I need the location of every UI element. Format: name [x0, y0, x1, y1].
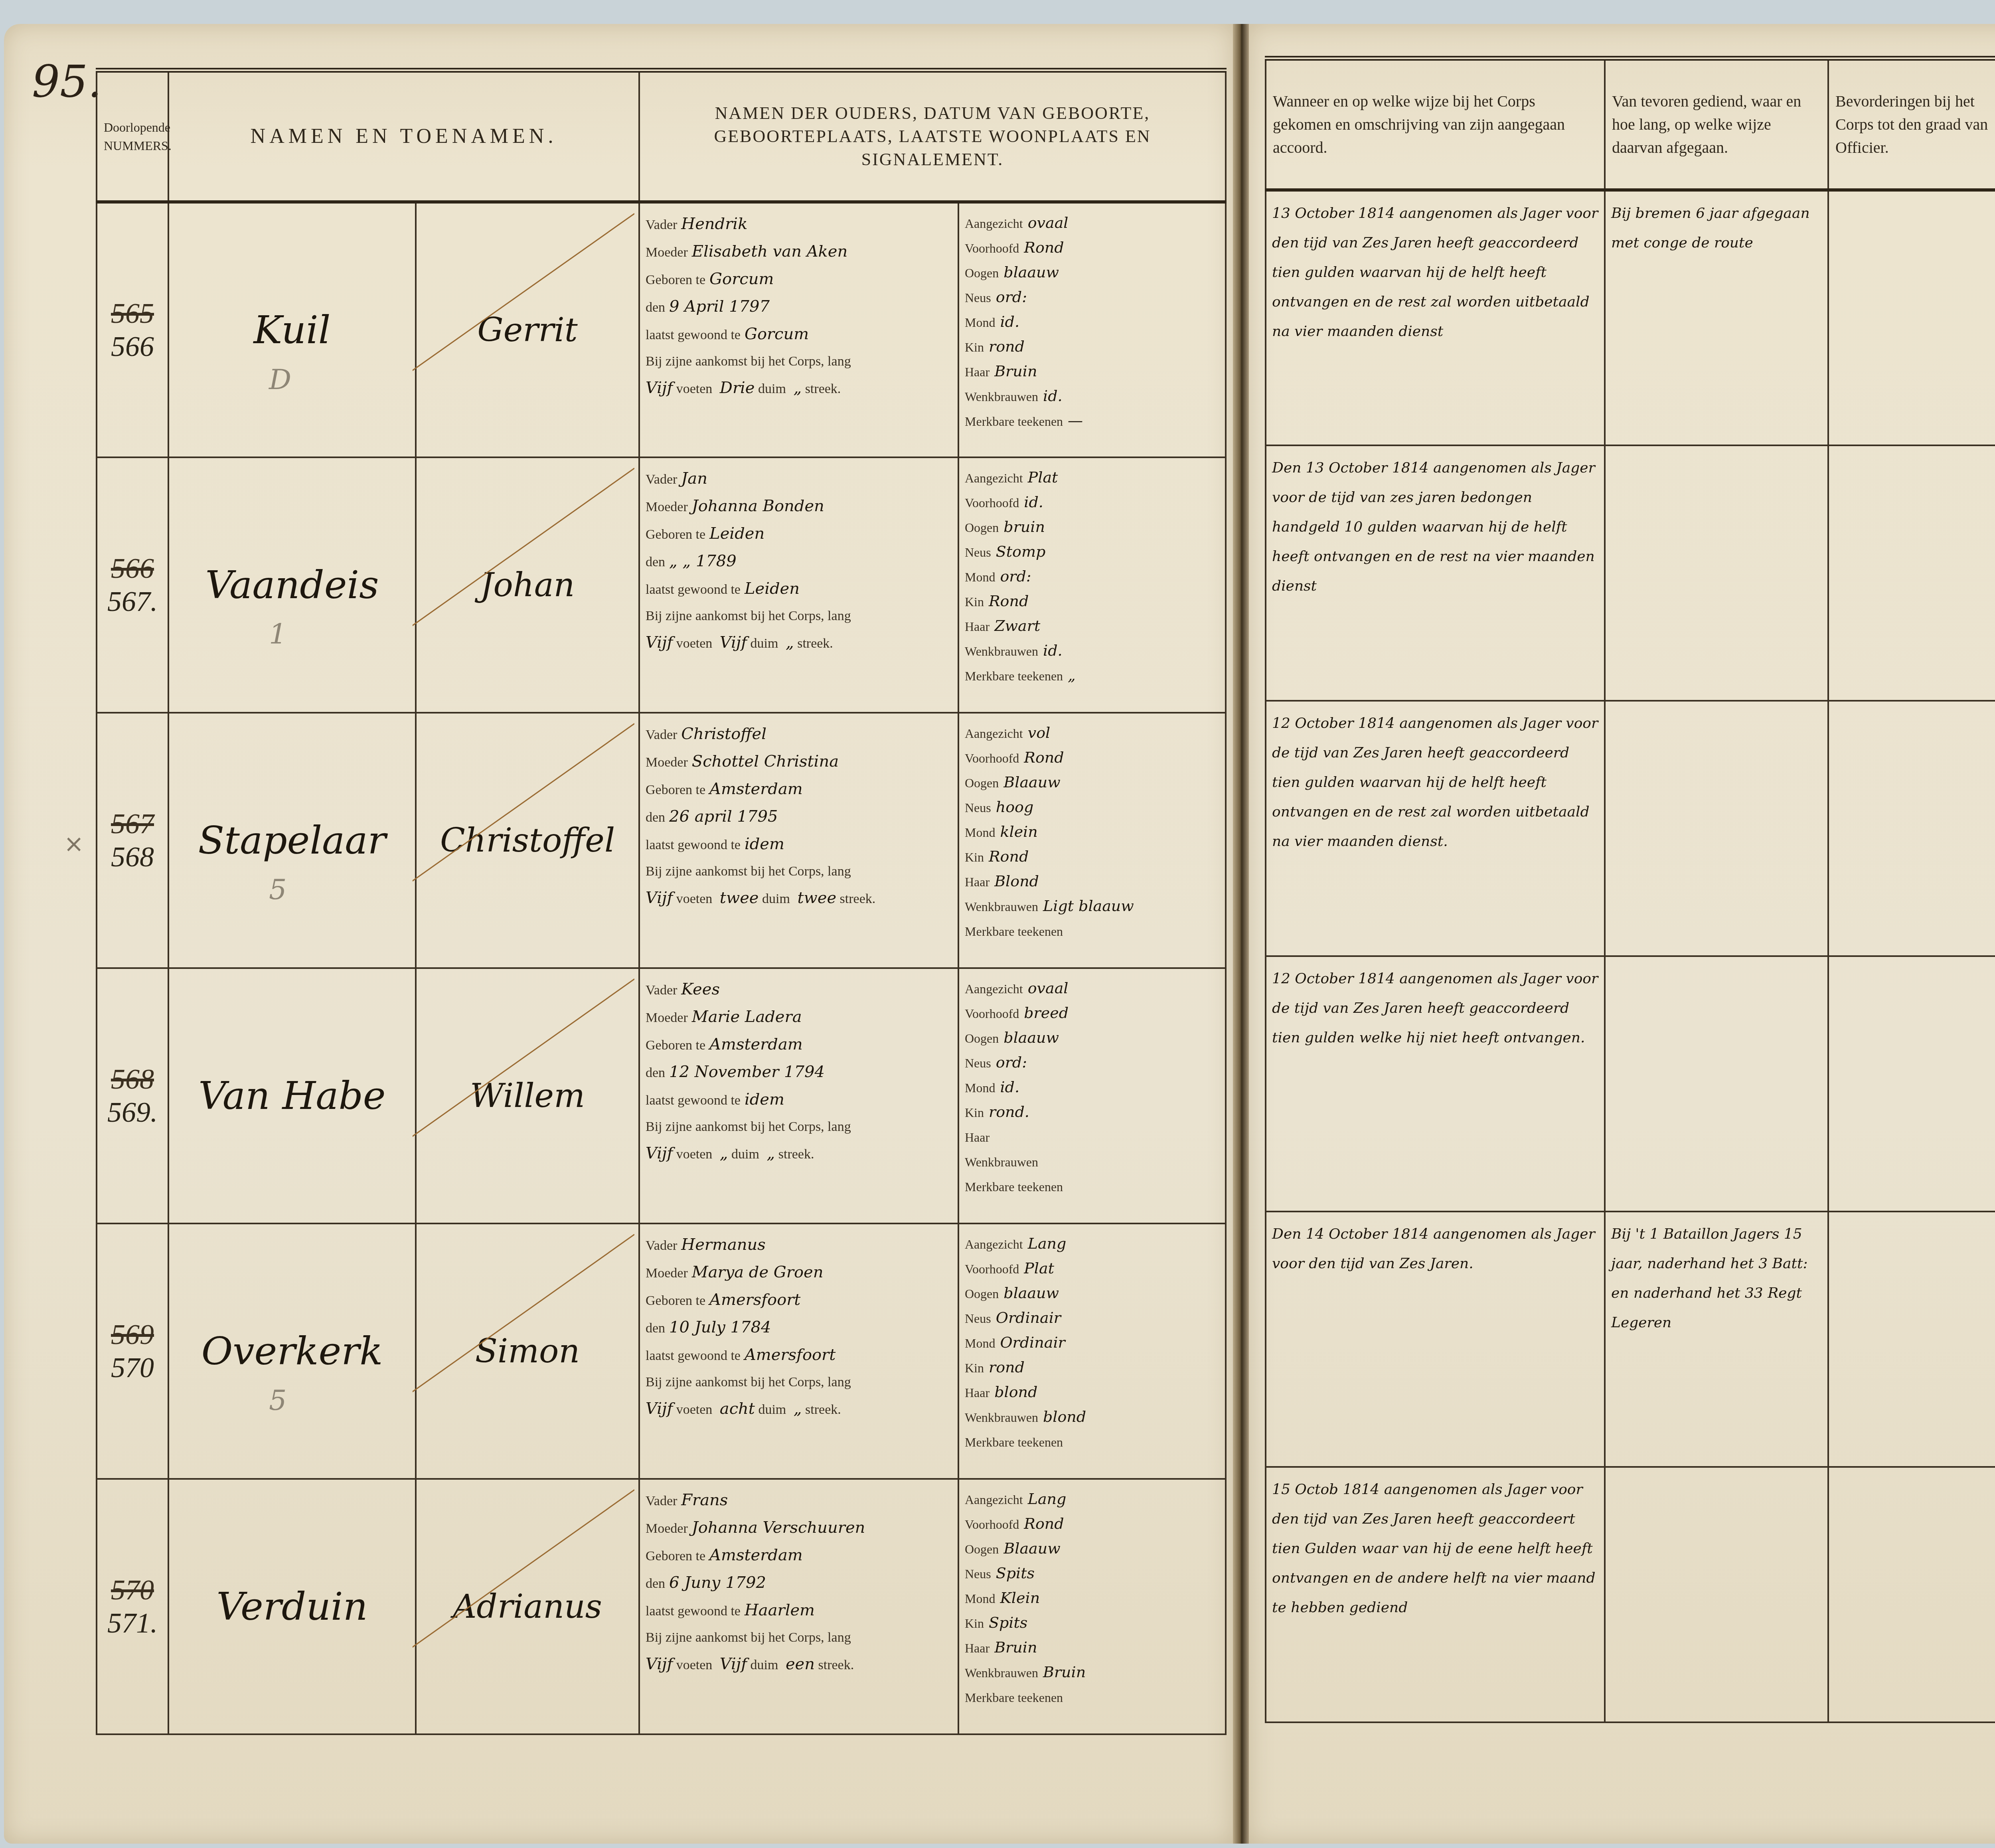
- last-residence: Haarlem: [745, 1601, 815, 1619]
- label-neus: Neus: [965, 291, 991, 305]
- birthplace: Amersfoort: [709, 1291, 800, 1309]
- eyes: Blaauw: [1003, 773, 1060, 791]
- height-feet: Vijf: [646, 379, 673, 397]
- register-row-continuation: 13 October 1814 aangenomen als Jager voo…: [1266, 190, 1995, 445]
- last-residence: Gorcum: [745, 325, 809, 343]
- label-merkbare: Merkbare teekenen: [965, 669, 1063, 683]
- left-page: 95. × Doorlopende NUMMERS. NAMEN EN TOEN…: [4, 24, 1233, 1844]
- eyebrows: Ligt blaauw: [1043, 897, 1134, 915]
- birth-date: 26 april 1795: [669, 807, 778, 826]
- nose: Spits: [996, 1564, 1035, 1582]
- height-lines: „: [794, 1399, 802, 1418]
- open-register-book: 95. × Doorlopende NUMMERS. NAMEN EN TOEN…: [4, 24, 1995, 1844]
- label-merkbare: Merkbare teekenen: [965, 1690, 1063, 1705]
- register-row-continuation: Den 13 October 1814 aangenomen als Jager…: [1266, 445, 1995, 701]
- label-streek: streek.: [778, 1147, 814, 1162]
- page-number: 95.: [32, 56, 102, 107]
- description-cell: AangezichtLang VoorhoofdRond OogenBlaauw…: [958, 1479, 1226, 1734]
- surname-cell: Van Habe: [168, 968, 416, 1223]
- forehead: Rond: [1024, 749, 1064, 766]
- label-oogen: Oogen: [965, 1542, 999, 1556]
- label-den: den: [646, 300, 665, 315]
- height-inches: „: [720, 1144, 728, 1162]
- eyes: blaauw: [1003, 1284, 1059, 1302]
- label-voorhoofd: Voorhoofd: [965, 1517, 1019, 1532]
- surname-cell: Kuil D: [168, 202, 416, 457]
- hair: Bruin: [994, 362, 1037, 380]
- label-aangezicht: Aangezicht: [965, 982, 1023, 996]
- birthplace: Amsterdam: [709, 780, 803, 798]
- height-inches: Drie: [720, 379, 755, 397]
- forehead: breed: [1024, 1004, 1069, 1022]
- chin: Rond: [989, 848, 1029, 865]
- parents-birth-cell: VaderFrans MoederJohanna Verschuuren Geb…: [639, 1479, 958, 1734]
- promotions-entry: [1828, 190, 1995, 445]
- label-duim: duim: [758, 381, 786, 396]
- label-streek: streek.: [818, 1658, 854, 1672]
- joined-entry: 13 October 1814 aangenomen als Jager voo…: [1266, 190, 1605, 445]
- label-aangezicht: Aangezicht: [965, 726, 1023, 741]
- birth-date: 12 November 1794: [669, 1063, 825, 1081]
- record-number-cell: 569 570: [97, 1223, 168, 1479]
- previous-service-entry: Bij 't 1 Bataillon Jagers 15 jaar, nader…: [1605, 1212, 1828, 1467]
- hair: blond: [994, 1383, 1037, 1401]
- birthplace: Amsterdam: [709, 1546, 803, 1564]
- register-row-continuation: 12 October 1814 aangenomen als Jager voo…: [1266, 956, 1995, 1212]
- record-number-cell: 567 568: [97, 713, 168, 968]
- label-geboren: Geboren te: [646, 1038, 705, 1053]
- label-wenkbrauwen: Wenkbrauwen: [965, 1410, 1038, 1425]
- header-number: Doorlopende NUMMERS.: [97, 70, 168, 202]
- father-name: Jan: [681, 469, 707, 488]
- record-number: 571.: [103, 1607, 162, 1640]
- register-row: 565 566 Kuil D Gerrit VaderHendrik Moede…: [97, 202, 1226, 457]
- label-geboren: Geboren te: [646, 527, 705, 542]
- first-name: Adrianus: [453, 1588, 602, 1626]
- register-row: 570 571. Verduin Adrianus VaderFrans Moe…: [97, 1479, 1226, 1734]
- mother-name: Marie Ladera: [692, 1008, 802, 1026]
- label-oogen: Oogen: [965, 776, 999, 790]
- mother-name: Marya de Groen: [692, 1263, 824, 1281]
- label-laatst: laatst gewoond te: [646, 1348, 741, 1363]
- first-name-cell: Gerrit: [416, 202, 639, 457]
- label-streek: streek.: [805, 381, 841, 396]
- label-vader: Vader: [646, 983, 677, 998]
- promotions-entry: [1828, 1467, 1995, 1722]
- pencil-note: 5: [269, 873, 287, 906]
- eyes: blaauw: [1003, 1029, 1059, 1046]
- parents-birth-cell: VaderHendrik MoederElisabeth van Aken Ge…: [639, 202, 958, 457]
- pencil-note: 1: [269, 618, 287, 650]
- label-wenkbrauwen: Wenkbrauwen: [965, 899, 1038, 914]
- label-voorhoofd: Voorhoofd: [965, 1262, 1019, 1276]
- birthplace: Leiden: [709, 524, 764, 543]
- left-header-row: Doorlopende NUMMERS. NAMEN EN TOENAMEN. …: [97, 70, 1226, 202]
- label-vader: Vader: [646, 1494, 677, 1508]
- label-merkbare: Merkbare teekenen: [965, 924, 1063, 939]
- father-name: Hendrik: [681, 215, 747, 233]
- label-voeten: voeten: [676, 381, 713, 396]
- height-feet: Vijf: [646, 633, 673, 652]
- forehead: Rond: [1024, 1515, 1064, 1532]
- label-den: den: [646, 555, 665, 569]
- height-lines: „: [793, 379, 802, 397]
- chin: rond: [989, 1358, 1025, 1376]
- label-moeder: Moeder: [646, 1266, 688, 1281]
- label-geboren: Geboren te: [646, 1293, 705, 1308]
- chin: rond.: [989, 1103, 1029, 1121]
- hair: Bruin: [994, 1638, 1037, 1656]
- eyes: bruin: [1003, 518, 1045, 536]
- last-residence: Leiden: [745, 579, 800, 598]
- label-laatst: laatst gewoond te: [646, 1093, 741, 1108]
- label-voeten: voeten: [676, 1402, 713, 1417]
- label-den: den: [646, 1576, 665, 1591]
- old-record-number: 570: [103, 1573, 162, 1607]
- old-record-number: 569: [103, 1318, 162, 1351]
- mouth: klein: [1000, 823, 1037, 840]
- hair: Blond: [994, 872, 1039, 890]
- old-record-number: 567: [103, 807, 162, 840]
- label-geboren: Geboren te: [646, 1549, 705, 1563]
- old-record-number: 565: [103, 297, 162, 330]
- mouth: id.: [1000, 1078, 1019, 1096]
- label-wenkbrauwen: Wenkbrauwen: [965, 1666, 1038, 1680]
- first-name: Gerrit: [477, 311, 578, 349]
- mother-name: Elisabeth van Aken: [692, 242, 847, 261]
- book-gutter: [1233, 24, 1249, 1844]
- label-den: den: [646, 1065, 665, 1080]
- mouth: Ordinair: [1000, 1334, 1065, 1351]
- parents-birth-cell: VaderHermanus MoederMarya de Groen Gebor…: [639, 1223, 958, 1479]
- label-neus: Neus: [965, 1056, 991, 1070]
- parents-birth-cell: VaderJan MoederJohanna Bonden Geboren te…: [639, 457, 958, 713]
- surname: Stapelaar: [198, 818, 386, 863]
- height-feet: Vijf: [646, 1655, 673, 1673]
- eyebrows: id.: [1043, 642, 1063, 659]
- face: Plat: [1028, 468, 1058, 486]
- header-promotions: Bevorderingen bij het Corps tot den graa…: [1828, 58, 1995, 190]
- label-duim: duim: [758, 1402, 786, 1417]
- label-voeten: voeten: [676, 1658, 713, 1672]
- label-aankomst: Bij zijne aankomst bij het Corps, lang: [646, 1630, 851, 1645]
- joined-entry: 12 October 1814 aangenomen als Jager voo…: [1266, 701, 1605, 956]
- birth-date: 9 April 1797: [669, 297, 770, 316]
- label-neus: Neus: [965, 545, 991, 559]
- description-cell: Aangezichtovaal Voorhoofdbreed Oogenblaa…: [958, 968, 1226, 1223]
- label-neus: Neus: [965, 800, 991, 815]
- old-record-number: 566: [103, 552, 162, 585]
- label-laatst: laatst gewoond te: [646, 838, 741, 852]
- face: Lang: [1028, 1490, 1067, 1508]
- last-residence: Amersfoort: [745, 1346, 836, 1364]
- surname: Kuil: [254, 308, 331, 352]
- record-number: 566: [103, 330, 162, 363]
- register-row-continuation: 15 Octob 1814 aangenomen als Jager voor …: [1266, 1467, 1995, 1722]
- eyes: blaauw: [1003, 263, 1059, 281]
- label-aankomst: Bij zijne aankomst bij het Corps, lang: [646, 1375, 851, 1389]
- label-kin: Kin: [965, 340, 984, 354]
- label-haar: Haar: [965, 875, 990, 889]
- surname-cell: Overkerk 5: [168, 1223, 416, 1479]
- label-oogen: Oogen: [965, 520, 999, 535]
- label-haar: Haar: [965, 619, 990, 634]
- description-cell: AangezichtLang VoorhoofdPlat Oogenblaauw…: [958, 1223, 1226, 1479]
- label-duim: duim: [731, 1147, 759, 1162]
- height-feet: Vijf: [646, 1399, 673, 1418]
- label-merkbare: Merkbare teekenen: [965, 1435, 1063, 1449]
- surname-cell: Stapelaar 5: [168, 713, 416, 968]
- label-merkbare: Merkbare teekenen: [965, 414, 1063, 429]
- label-vader: Vader: [646, 472, 677, 487]
- label-duim: duim: [762, 891, 790, 906]
- label-streek: streek.: [840, 891, 876, 906]
- first-name: Johan: [480, 566, 575, 604]
- previous-service-entry: Bij bremen 6 jaar afgegaan met conge de …: [1605, 190, 1828, 445]
- height-inches: Vijf: [720, 1655, 747, 1673]
- father-name: Kees: [681, 980, 720, 998]
- label-neus: Neus: [965, 1311, 991, 1326]
- eyebrows: Bruin: [1043, 1663, 1086, 1681]
- distinguishing-marks: „: [1068, 666, 1076, 684]
- height-lines: „: [786, 633, 794, 652]
- distinguishing-marks: —: [1068, 412, 1083, 429]
- promotions-entry: [1828, 1212, 1995, 1467]
- label-haar: Haar: [965, 365, 990, 379]
- record-number-cell: 568 569.: [97, 968, 168, 1223]
- first-name: Christoffel: [440, 822, 615, 860]
- promotions-entry: [1828, 445, 1995, 701]
- birth-date: 10 July 1784: [669, 1318, 771, 1336]
- label-voeten: voeten: [676, 1147, 713, 1162]
- first-name: Willem: [470, 1077, 585, 1115]
- height-inches: acht: [720, 1399, 755, 1418]
- label-moeder: Moeder: [646, 245, 688, 260]
- joined-entry: Den 14 October 1814 aangenomen als Jager…: [1266, 1212, 1605, 1467]
- label-aankomst: Bij zijne aankomst bij het Corps, lang: [646, 1119, 851, 1134]
- chin: rond: [989, 338, 1025, 355]
- height-feet: Vijf: [646, 889, 673, 907]
- forehead: id.: [1024, 493, 1043, 511]
- birth-date: 6 Juny 1792: [669, 1573, 766, 1592]
- label-mond: Mond: [965, 1336, 995, 1350]
- label-moeder: Moeder: [646, 500, 688, 514]
- label-kin: Kin: [965, 1105, 984, 1120]
- last-residence: idem: [745, 835, 784, 853]
- label-neus: Neus: [965, 1567, 991, 1581]
- left-register-table: Doorlopende NUMMERS. NAMEN EN TOENAMEN. …: [96, 68, 1227, 1735]
- register-row: 567 568 Stapelaar 5 Christoffel VaderChr…: [97, 713, 1226, 968]
- surname: Overkerk: [201, 1329, 383, 1374]
- label-mond: Mond: [965, 570, 995, 584]
- mother-name: Johanna Verschuuren: [692, 1518, 865, 1537]
- label-mond: Mond: [965, 1591, 995, 1606]
- record-number: 567.: [103, 585, 162, 618]
- hair: Zwart: [994, 617, 1040, 634]
- eyes: Blaauw: [1003, 1540, 1060, 1557]
- nose: Ordinair: [996, 1309, 1061, 1326]
- label-oogen: Oogen: [965, 266, 999, 280]
- nose: ord:: [996, 1053, 1027, 1071]
- label-oogen: Oogen: [965, 1031, 999, 1046]
- header-names: NAMEN EN TOENAMEN.: [168, 70, 639, 202]
- mouth: Klein: [1000, 1589, 1040, 1607]
- forehead: Rond: [1024, 239, 1064, 256]
- header-joined: Wanneer en op welke wijze bij het Corps …: [1266, 58, 1605, 190]
- description-cell: AangezichtPlat Voorhoofdid. Oogenbruin N…: [958, 457, 1226, 713]
- record-number-cell: 570 571.: [97, 1479, 168, 1734]
- label-streek: streek.: [797, 636, 833, 651]
- birthplace: Gorcum: [709, 270, 774, 288]
- joined-entry: 15 Octob 1814 aangenomen als Jager voor …: [1266, 1467, 1605, 1722]
- pencil-note: 5: [269, 1384, 287, 1417]
- register-row: 568 569. Van Habe Willem VaderKees Moede…: [97, 968, 1226, 1223]
- eyebrows: blond: [1043, 1408, 1086, 1425]
- register-row-continuation: 12 October 1814 aangenomen als Jager voo…: [1266, 701, 1995, 956]
- promotions-entry: [1828, 701, 1995, 956]
- label-voorhoofd: Voorhoofd: [965, 496, 1019, 510]
- old-record-number: 568: [103, 1063, 162, 1096]
- label-wenkbrauwen: Wenkbrauwen: [965, 644, 1038, 658]
- label-wenkbrauwen: Wenkbrauwen: [965, 1155, 1038, 1169]
- surname-cell: Vaandeis 1: [168, 457, 416, 713]
- previous-service-entry: [1605, 445, 1828, 701]
- label-voorhoofd: Voorhoofd: [965, 1006, 1019, 1021]
- label-wenkbrauwen: Wenkbrauwen: [965, 389, 1038, 404]
- label-voeten: voeten: [676, 636, 713, 651]
- chin: Rond: [989, 592, 1029, 610]
- mouth: id.: [1000, 313, 1019, 330]
- register-row-continuation: Den 14 October 1814 aangenomen als Jager…: [1266, 1212, 1995, 1467]
- label-moeder: Moeder: [646, 1521, 688, 1536]
- pencil-note: D: [269, 363, 291, 396]
- promotions-entry: [1828, 956, 1995, 1212]
- label-aangezicht: Aangezicht: [965, 1492, 1023, 1507]
- register-row: 569 570 Overkerk 5 Simon VaderHermanus M…: [97, 1223, 1226, 1479]
- birth-date: „ „ 1789: [669, 552, 737, 570]
- face: ovaal: [1028, 979, 1069, 997]
- face: Lang: [1028, 1235, 1067, 1252]
- father-name: Christoffel: [681, 725, 766, 743]
- label-den: den: [646, 1321, 665, 1336]
- first-name-cell: Christoffel: [416, 713, 639, 968]
- joined-entry: 12 October 1814 aangenomen als Jager voo…: [1266, 956, 1605, 1212]
- label-haar: Haar: [965, 1386, 990, 1400]
- right-register-table: Wanneer en op welke wijze bij het Corps …: [1265, 56, 1995, 1723]
- last-residence: idem: [745, 1090, 784, 1109]
- label-voeten: voeten: [676, 891, 713, 906]
- record-number: 569.: [103, 1096, 162, 1129]
- label-kin: Kin: [965, 850, 984, 864]
- height-feet: Vijf: [646, 1144, 673, 1162]
- surname: Van Habe: [198, 1073, 385, 1118]
- first-name-cell: Simon: [416, 1223, 639, 1479]
- birthplace: Amsterdam: [709, 1035, 803, 1053]
- previous-service-entry: [1605, 1467, 1828, 1722]
- description-cell: Aangezichtovaal VoorhoofdRond Oogenblaau…: [958, 202, 1226, 457]
- record-number-cell: 566 567.: [97, 457, 168, 713]
- label-voorhoofd: Voorhoofd: [965, 241, 1019, 255]
- eyebrows: id.: [1043, 387, 1063, 405]
- label-geboren: Geboren te: [646, 273, 705, 287]
- label-aankomst: Bij zijne aankomst bij het Corps, lang: [646, 354, 851, 369]
- label-merkbare: Merkbare teekenen: [965, 1180, 1063, 1194]
- label-den: den: [646, 810, 665, 825]
- mother-name: Schottel Christina: [692, 752, 839, 771]
- height-inches: Vijf: [720, 633, 747, 652]
- header-previous-service: Van tevoren gediend, waar en hoe lang, o…: [1605, 58, 1828, 190]
- margin-cross-mark-left: ×: [64, 830, 84, 858]
- label-aangezicht: Aangezicht: [965, 471, 1023, 485]
- surname: Verduin: [216, 1584, 367, 1629]
- first-name: Simon: [475, 1332, 580, 1370]
- first-name-cell: Adrianus: [416, 1479, 639, 1734]
- height-lines: „: [766, 1144, 775, 1162]
- label-duim: duim: [751, 636, 778, 651]
- label-geboren: Geboren te: [646, 783, 705, 797]
- right-header-row: Wanneer en op welke wijze bij het Corps …: [1266, 58, 1995, 190]
- label-oogen: Oogen: [965, 1287, 999, 1301]
- description-cell: Aangezichtvol VoorhoofdRond OogenBlaauw …: [958, 713, 1226, 968]
- right-page: × Wanneer en op welke wijze bij het Corp…: [1249, 24, 1995, 1844]
- first-name-cell: Johan: [416, 457, 639, 713]
- height-lines: een: [786, 1655, 815, 1673]
- label-duim: duim: [751, 1658, 778, 1672]
- first-name-cell: Willem: [416, 968, 639, 1223]
- record-number: 570: [103, 1351, 162, 1384]
- previous-service-entry: [1605, 701, 1828, 956]
- nose: Stomp: [996, 543, 1046, 560]
- label-mond: Mond: [965, 315, 995, 330]
- header-parents: NAMEN DER OUDERS, DATUM VAN GEBOORTE, GE…: [639, 70, 1226, 202]
- label-mond: Mond: [965, 1081, 995, 1095]
- label-vader: Vader: [646, 727, 677, 742]
- label-aangezicht: Aangezicht: [965, 216, 1023, 231]
- surname-cell: Verduin: [168, 1479, 416, 1734]
- label-moeder: Moeder: [646, 755, 688, 770]
- chin: Spits: [989, 1614, 1027, 1631]
- label-vader: Vader: [646, 1238, 677, 1253]
- surname: Vaandeis: [205, 563, 379, 607]
- face: ovaal: [1028, 214, 1069, 231]
- height-inches: twee: [720, 889, 759, 907]
- label-kin: Kin: [965, 1361, 984, 1375]
- label-mond: Mond: [965, 825, 995, 840]
- father-name: Frans: [681, 1491, 728, 1509]
- record-number-cell: 565 566: [97, 202, 168, 457]
- face: vol: [1028, 724, 1051, 741]
- label-aankomst: Bij zijne aankomst bij het Corps, lang: [646, 864, 851, 879]
- label-laatst: laatst gewoond te: [646, 328, 741, 342]
- label-kin: Kin: [965, 1616, 984, 1631]
- record-number: 568: [103, 840, 162, 874]
- label-haar: Haar: [965, 1130, 990, 1144]
- nose: ord:: [996, 288, 1027, 306]
- label-laatst: laatst gewoond te: [646, 1604, 741, 1619]
- label-aankomst: Bij zijne aankomst bij het Corps, lang: [646, 609, 851, 623]
- height-lines: twee: [797, 889, 836, 907]
- father-name: Hermanus: [681, 1235, 766, 1254]
- parents-birth-cell: VaderChristoffel MoederSchottel Christin…: [639, 713, 958, 968]
- register-row: 566 567. Vaandeis 1 Johan VaderJan Moede…: [97, 457, 1226, 713]
- mother-name: Johanna Bonden: [692, 497, 824, 515]
- label-voorhoofd: Voorhoofd: [965, 751, 1019, 765]
- label-haar: Haar: [965, 1641, 990, 1655]
- previous-service-entry: [1605, 956, 1828, 1212]
- nose: hoog: [996, 798, 1034, 816]
- forehead: Plat: [1024, 1259, 1054, 1277]
- label-moeder: Moeder: [646, 1010, 688, 1025]
